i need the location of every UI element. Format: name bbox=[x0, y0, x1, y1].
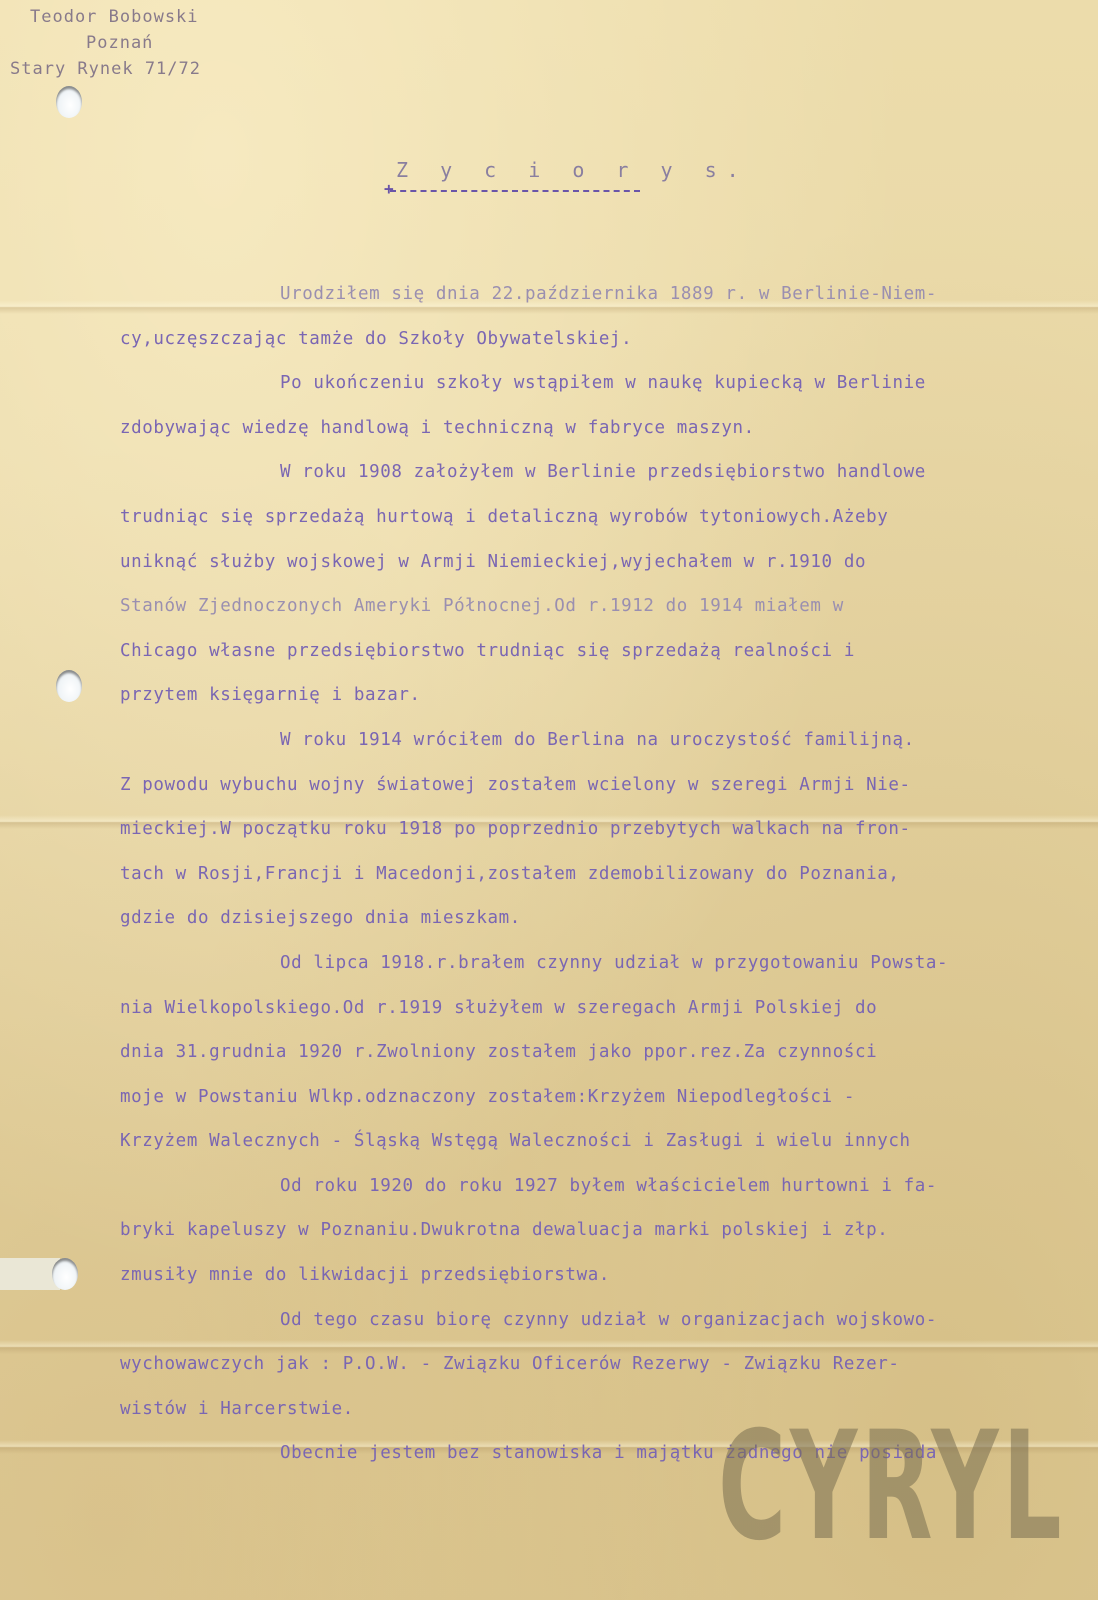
text-line: trudniąc się sprzedażą hurtową i detalic… bbox=[120, 505, 1060, 550]
text-line: Urodziłem się dnia 22.października 1889 … bbox=[120, 282, 1060, 327]
text-line: zmusiły mnie do likwidacji przedsiębiors… bbox=[120, 1263, 1060, 1308]
text-line: Chicago własne przedsiębiorstwo trudniąc… bbox=[120, 639, 1060, 684]
text-line: tach w Rosji,Francji i Macedonji,zostałe… bbox=[120, 862, 1060, 907]
letterhead-city: Poznań bbox=[8, 30, 201, 56]
archive-watermark: CYRYL bbox=[718, 1412, 1065, 1562]
text-line: Krzyżem Walecznych - Śląską Wstęgą Walec… bbox=[120, 1129, 1060, 1174]
text-line: zdobywając wiedzę handlową i techniczną … bbox=[120, 416, 1060, 461]
title-underline bbox=[390, 190, 640, 192]
punch-hole bbox=[52, 1258, 78, 1290]
letterhead: Teodor Bobowski Poznań Stary Rynek 71/72 bbox=[8, 4, 201, 82]
text-line: wychowawczych jak : P.O.W. - Związku Ofi… bbox=[120, 1352, 1060, 1397]
text-line: W roku 1914 wróciłem do Berlina na urocz… bbox=[120, 728, 1060, 773]
letterhead-address: Stary Rynek 71/72 bbox=[8, 56, 201, 82]
text-line: Od lipca 1918.r.brałem czynny udział w p… bbox=[120, 951, 1060, 996]
text-line: nia Wielkopolskiego.Od r.1919 służyłem w… bbox=[120, 996, 1060, 1041]
text-line: Z powodu wybuchu wojny światowej zostałe… bbox=[120, 773, 1060, 818]
punch-hole bbox=[56, 86, 82, 118]
text-line: bryki kapeluszy w Poznaniu.Dwukrotna dew… bbox=[120, 1218, 1060, 1263]
text-line: Od tego czasu biorę czynny udział w orga… bbox=[120, 1308, 1060, 1353]
text-line: Po ukończeniu szkoły wstąpiłem w naukę k… bbox=[120, 371, 1060, 416]
text-line: Od roku 1920 do roku 1927 byłem właścici… bbox=[120, 1174, 1060, 1219]
letterhead-name: Teodor Bobowski bbox=[8, 4, 201, 30]
text-line: uniknąć służby wojskowej w Armji Niemiec… bbox=[120, 550, 1060, 595]
text-line: Stanów Zjednoczonych Ameryki Północnej.O… bbox=[120, 594, 1060, 639]
text-line: W roku 1908 założyłem w Berlinie przedsi… bbox=[120, 460, 1060, 505]
text-line: cy,uczęszczając tamże do Szkoły Obywatel… bbox=[120, 327, 1060, 372]
text-line: mieckiej.W początku roku 1918 po poprzed… bbox=[120, 817, 1060, 862]
punch-hole bbox=[56, 670, 82, 702]
document-body: Urodziłem się dnia 22.października 1889 … bbox=[120, 282, 1060, 1486]
text-line: przytem księgarnię i bazar. bbox=[120, 683, 1060, 728]
text-line: gdzie do dzisiejszego dnia mieszkam. bbox=[120, 906, 1060, 951]
text-line: moje w Powstaniu Wlkp.odznaczony zostałe… bbox=[120, 1085, 1060, 1130]
tape-strip bbox=[0, 1258, 60, 1290]
document-title: Z y c i o r y s. bbox=[396, 158, 749, 182]
text-line: dnia 31.grudnia 1920 r.Zwolniony zostałe… bbox=[120, 1040, 1060, 1085]
